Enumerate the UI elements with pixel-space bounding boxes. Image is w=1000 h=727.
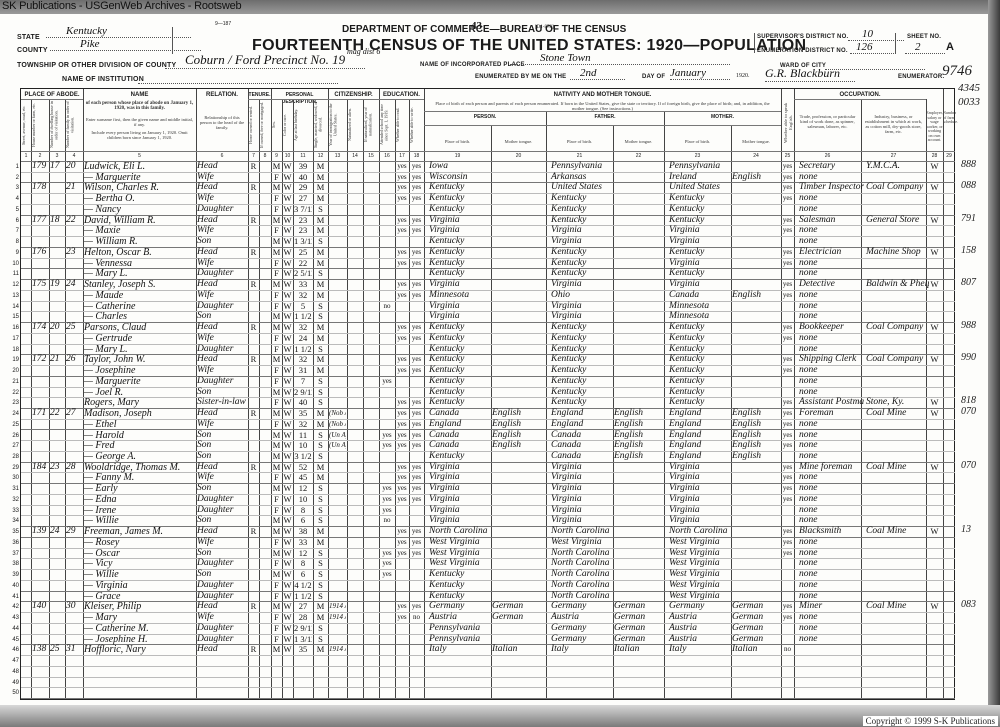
cell-trade: none [795,365,864,376]
column-subheader: If naturalized, year of naturalization. [364,101,378,149]
table-row: 11— Mary L.DaughterFW2 5/12SKentuckyKent… [21,268,955,279]
table-row: 44— Catherine M.DaughterFW2 9/12SPennsyl… [21,623,955,634]
cell-marital: S [314,558,327,569]
cell-trade: none [795,236,864,247]
cell-english: yes [782,612,793,623]
margin-note: 807 [961,277,976,288]
cell-race: W [283,290,292,301]
cell-race: W [283,526,292,537]
cell-m-tongue: Italian [732,644,780,655]
cell-industry: Coal Mine [862,408,929,419]
cell-relation: Daughter [197,301,247,312]
cell-age: 3 1/2 [294,451,312,462]
cell-marital: M [314,526,327,537]
cell-trade: none [795,548,864,559]
cell-relation: Wife [197,365,247,376]
line-number: 17 [1,336,19,342]
cell-relation: Head [197,462,247,473]
cell-trade: Blacksmith [795,526,864,537]
cell-age: 10 [294,440,312,451]
cell-sex: F [272,290,281,301]
cell-school: yes [380,558,394,569]
cell-english: yes [782,537,793,548]
cell-name: — Fanny M. [84,472,195,483]
header-mother-tongue: Mother tongue. [731,139,781,144]
cell-birth: Wisconsin [425,172,494,183]
cell-race: W [283,494,292,505]
cell-read: yes [396,225,408,236]
cell-trade: Shipping Clerk [795,354,864,365]
cell-write: yes [410,494,423,505]
cell-family: 29 [66,526,82,537]
cell-f-birth: Virginia [547,236,616,247]
cell-birth: Virginia [425,483,494,494]
cell-sex: F [272,258,281,269]
cell-sex: F [272,301,281,312]
cell-trade: none [795,537,864,548]
cell-birth: North Carolina [425,526,494,537]
cell-age: 29 [294,182,312,193]
table-row: 31— EarlySonMW12SyesyesyesVirginiaVirgin… [21,483,955,494]
cell-english: yes [782,215,793,226]
line-number: 8 [1,239,19,245]
margin-note: 083 [961,599,976,610]
header-name-desc3: Include every person living on January 1… [85,130,194,140]
cell-birth: Virginia [425,215,494,226]
cell-race: W [283,644,292,655]
cell-name: — Mary L. [84,268,195,279]
header-nativity-desc: Place of birth of each person and parent… [431,101,774,111]
cell-industry: Coal Mine [862,601,929,612]
cell-m-birth: Minnesota [665,311,734,322]
cell-read: yes [396,483,408,494]
cell-race: W [283,419,292,430]
cell-sex: F [272,204,281,215]
cell-sex: F [272,494,281,505]
cell-birth: Kentucky [425,258,494,269]
column-number: 17 [395,153,409,159]
cell-race: W [283,279,292,290]
cell-f-birth: Virginia [547,505,616,516]
table-row: 241712227Madison, JosephHeadRMW35M(Nob A… [21,408,955,419]
cell-race: W [283,311,292,322]
header-speak-english: Whether able to speak English. [783,95,793,150]
cell-english: yes [782,333,793,344]
column-number: 29 [943,153,955,159]
cell-f-birth: England [547,408,616,419]
cell-birth: Kentucky [425,247,494,258]
cell-age: 27 [294,193,312,204]
census-table: PLACE OF ABODE. NAME of each person whos… [20,88,955,700]
cell-age: 23 [294,225,312,236]
cell-age: 2 9/12 [294,623,312,634]
cell-m-tongue: English [732,408,780,419]
cell-birth: Kentucky [425,397,494,408]
column-number: 9 [271,153,282,159]
header-employer: Employer, salary or wage worker, or work… [926,111,943,143]
cell-write: yes [410,258,423,269]
cell-age: 8 [294,505,312,516]
line-number: 42 [1,604,19,610]
cell-f-birth: Ohio [547,290,616,301]
column-number: 10 [282,153,293,159]
cell-marital: M [314,161,327,172]
cell-relation: Head [197,408,247,419]
cell-read: yes [396,365,408,376]
line-number: 27 [1,443,19,449]
cell-birth: Virginia [425,311,494,322]
cell-marital: S [314,311,327,322]
cell-birth: Virginia [425,472,494,483]
cell-race: W [283,225,292,236]
cell-read: yes [396,472,408,483]
cell-m-birth: West Virginia [665,548,734,559]
table-row: 11791720Ludwick, Eli L.HeadRMW39MyesyesI… [21,161,955,172]
cell-m-tongue: English [732,172,780,183]
cell-birth: Virginia [425,225,494,236]
cell-marital: M [314,182,327,193]
cell-race: W [283,623,292,634]
table-row: 14— CatherineDaughterFW5SnoVirginiaVirgi… [21,301,955,312]
cell-immig: 1914 Al [329,601,346,612]
cell-m-birth: Kentucky [665,365,734,376]
cell-employer: W [927,354,942,365]
cell-marital: M [314,279,327,290]
cell-family-d: 21 [50,354,64,365]
cell-m-birth: Virginia [665,505,734,516]
cell-relation: Wife [197,612,247,623]
line-number: 21 [1,379,19,385]
table-row: 32— EdnaDaughterFW10SyesyesyesVirginiaVi… [21,494,955,505]
cell-f-birth: Pennsylvania [547,161,616,172]
cell-tongue: Italian [492,644,545,655]
cell-f-tongue: German [614,634,663,645]
line-number: 13 [1,293,19,299]
cell-m-birth: Ireland [665,172,734,183]
cell-f-birth: Italy [547,644,616,655]
cell-english: yes [782,161,793,172]
cell-read: yes [396,172,408,183]
cell-tongue: German [492,601,545,612]
line-number: 6 [1,218,19,224]
line-number: 47 [1,658,19,664]
cell-name: — Marguerite [84,172,195,183]
cell-immig: (Un A) [329,440,346,451]
column-number: 19 [424,153,491,159]
cell-trade: none [795,634,864,645]
cell-trade: none [795,204,864,215]
form-code: [D1-878] [535,25,554,30]
cell-birth: Virginia [425,301,494,312]
cell-english: yes [782,472,793,483]
cell-marital: S [314,623,327,634]
cell-birth: Austria [425,612,494,623]
table-row: 22— Joel R.SonMW2 9/12SKentuckyKentuckyK… [21,387,955,398]
cell-m-birth: Minnesota [665,301,734,312]
cell-m-tongue: German [732,612,780,623]
cell-sex: M [272,387,281,398]
divider [172,27,174,54]
cell-birth: Canada [425,440,494,451]
header-citizenship: CITIZENSHIP. [328,92,379,99]
cell-name: Kleiser, Philip [84,601,195,612]
line-number: 32 [1,497,19,503]
cell-write: yes [410,247,423,258]
line-number: 44 [1,626,19,632]
cell-f-birth: North Carolina [547,526,616,537]
table-row: 10— VennessaWifeFW22MyesyesKentuckyKentu… [21,258,955,269]
line-number: 15 [1,314,19,320]
cell-marital: S [314,430,327,441]
column-number: 8 [259,153,271,159]
table-row: 61771822David, William R.HeadRMW23Myesye… [21,215,955,226]
cell-f-tongue: German [614,612,663,623]
cell-employer: W [927,601,942,612]
scan-edge-bottom [0,705,1000,727]
cell-f-tongue: English [614,419,663,430]
line-number: 48 [1,669,19,675]
table-row: 30— Fanny M.WifeFW45MyesyesVirginiaVirgi… [21,472,955,483]
cell-f-birth: Virginia [547,301,616,312]
line-number: 22 [1,390,19,396]
column-number: 23 [664,153,731,159]
cell-f-birth: United States [547,182,616,193]
cell-m-birth: Kentucky [665,376,734,387]
header-father-birthplace: Place of birth. [546,139,613,144]
cell-name: Hoffloric, Nary [84,644,195,655]
cell-family-d: 20 [50,322,64,333]
cell-m-birth: North Carolina [665,526,734,537]
watermark-bar: SK Publications - USGenWeb Archives - Ro… [0,0,1000,14]
cell-sex: M [272,548,281,559]
cell-relation: Son [197,515,247,526]
line-number: 36 [1,540,19,546]
table-row: 48 [21,666,955,677]
line-number: 18 [1,347,19,353]
cell-write: yes [410,290,423,301]
cell-write: yes [410,322,423,333]
cell-sex: M [272,440,281,451]
column-subheader: Whether able to write. [410,101,423,149]
cell-english: yes [782,290,793,301]
cell-family-d: 23 [50,462,64,473]
cell-name: — Vicy [84,558,195,569]
margin-note: 158 [961,245,976,256]
cell-sex: M [272,483,281,494]
column-subheader: Naturalized or alien. [348,101,362,149]
cell-birth: Kentucky [425,236,494,247]
divider [754,33,756,53]
cell-family-d: 22 [50,408,64,419]
table-row: 43— MaryWifeFW28M1914 AlyesnoAustriaGerm… [21,612,955,623]
cell-age: 35 [294,644,312,655]
cell-trade: none [795,612,864,623]
column-number: 1 [21,153,31,159]
line-number: 12 [1,282,19,288]
cell-f-tongue: English [614,408,663,419]
cell-m-birth: Virginia [665,279,734,290]
cell-relation: Wife [197,472,247,483]
cell-industry: Coal Company [862,322,929,333]
cell-m-birth: Austria [665,612,734,623]
cell-m-birth: Virginia [665,494,734,505]
cell-birth: Kentucky [425,580,494,591]
cell-trade: none [795,505,864,516]
line-number: 31 [1,486,19,492]
cell-relation: Head [197,526,247,537]
cell-sex: M [272,236,281,247]
cell-birth: Kentucky [425,569,494,580]
cell-dwelling: 172 [32,354,48,365]
header-education: EDUCATION. [379,92,424,99]
cell-birth: Germany [425,601,494,612]
cell-race: W [283,161,292,172]
margin-note: 9746 [942,63,972,80]
cell-age: 32 [294,290,312,301]
cell-m-birth: England [665,451,734,462]
cell-name: — Mary L. [84,344,195,355]
cell-f-birth: Germany [547,634,616,645]
cell-name: — Grace [84,591,195,602]
cell-f-tongue: English [614,451,663,462]
table-row: 461382531Hoffloric, NaryHeadRMW35M1914 A… [21,644,955,655]
cell-tenure: R [249,601,258,612]
cell-school: yes [380,483,394,494]
cell-f-birth: Arkansas [547,172,616,183]
cell-marital: S [314,451,327,462]
cell-m-birth: Kentucky [665,268,734,279]
cell-trade: none [795,451,864,462]
cell-race: W [283,580,292,591]
cell-employer: W [927,279,942,290]
cell-age: 24 [294,333,312,344]
cell-age: 28 [294,612,312,623]
line-number: 7 [1,228,19,234]
line-number: 1 [1,164,19,170]
cell-age: 10 [294,494,312,505]
cell-trade: none [795,344,864,355]
cell-name: Stanley, Joseph S. [84,279,195,290]
cell-english: yes [782,225,793,236]
cell-english: yes [782,247,793,258]
cell-read: yes [396,526,408,537]
cell-relation: Wife [197,172,247,183]
cell-f-birth: Virginia [547,279,616,290]
cell-english: yes [782,182,793,193]
cell-name: — Maude [84,290,195,301]
cell-write: yes [410,548,423,559]
cell-trade: none [795,494,864,505]
watermark-text: SK Publications - USGenWeb Archives - Ro… [2,0,241,12]
cell-age: 33 [294,279,312,290]
cell-read: yes [396,440,408,451]
cell-relation: Son [197,451,247,462]
cell-age: 12 [294,483,312,494]
cell-relation: Son [197,311,247,322]
cell-m-birth: Kentucky [665,387,734,398]
cell-school: no [380,515,394,526]
cell-relation: Daughter [197,634,247,645]
cell-race: W [283,505,292,516]
line-number: 14 [1,304,19,310]
cell-birth: Kentucky [425,451,494,462]
cell-age: 27 [294,601,312,612]
cell-family: 21 [66,182,82,193]
cell-marital: M [314,193,327,204]
incorporated-value: Stone Town [510,52,730,65]
cell-age: 6 [294,515,312,526]
cell-f-birth: West Virginia [547,537,616,548]
cell-f-birth: Kentucky [547,247,616,258]
cell-school: yes [380,548,394,559]
cell-m-birth: England [665,440,734,451]
cell-marital: M [314,601,327,612]
line-number: 49 [1,680,19,686]
cell-marital: M [314,215,327,226]
cell-sex: M [272,408,281,419]
sheet-side: A [946,41,954,53]
cell-f-tongue: German [614,601,663,612]
cell-dwelling: 174 [32,322,48,333]
header-relation: RELATION. [196,92,248,99]
cell-birth: Virginia [425,515,494,526]
cell-name: — Gertrude [84,333,195,344]
cell-birth: Kentucky [425,204,494,215]
cell-birth: England [425,419,494,430]
cell-english: no [782,644,793,655]
department-title: DEPARTMENT OF COMMERCE—BUREAU OF THE CEN… [342,24,626,35]
margin-note: 818 [961,395,976,406]
cell-marital: M [314,225,327,236]
line-number: 33 [1,508,19,514]
line-number: 16 [1,325,19,331]
cell-tenure: R [249,279,258,290]
column-subheader: Age at last birthday. [294,101,312,149]
cell-sex: F [272,612,281,623]
cell-race: W [283,193,292,204]
cell-english: yes [782,172,793,183]
cell-sex: M [272,526,281,537]
cell-dwelling: 176 [32,247,48,258]
cell-tenure: R [249,462,258,473]
cell-relation: Head [197,215,247,226]
line-number: 37 [1,551,19,557]
line-number: 24 [1,411,19,417]
column-subheader: House number or farm, etc. [32,101,48,149]
table-row: 41— GraceDaughterFW1 1/2SKentuckyNorth C… [21,591,955,602]
column-number: 18 [409,153,424,159]
cell-m-birth: England [665,430,734,441]
line-number: 34 [1,518,19,524]
cell-industry: General Store [862,215,929,226]
cell-name: Wooldridge, Thomas M. [84,462,195,473]
header-farm-schedule: Number of farm schedule. [943,111,955,125]
cell-f-birth: North Carolina [547,591,616,602]
cell-immig: 1914 Al [329,644,346,655]
cell-name: — Early [84,483,195,494]
cell-name: Madison, Joseph [84,408,195,419]
cell-race: W [283,591,292,602]
cell-birth: West Virginia [425,558,494,569]
cell-sex: F [272,505,281,516]
cell-race: W [283,634,292,645]
cell-m-birth: West Virginia [665,537,734,548]
cell-sex: M [272,215,281,226]
cell-sex: F [272,591,281,602]
table-row: 21— MargueriteDaughterFW7SyesKentuckyKen… [21,376,955,387]
cell-family-d: 17 [50,161,64,172]
cell-marital: S [314,301,327,312]
